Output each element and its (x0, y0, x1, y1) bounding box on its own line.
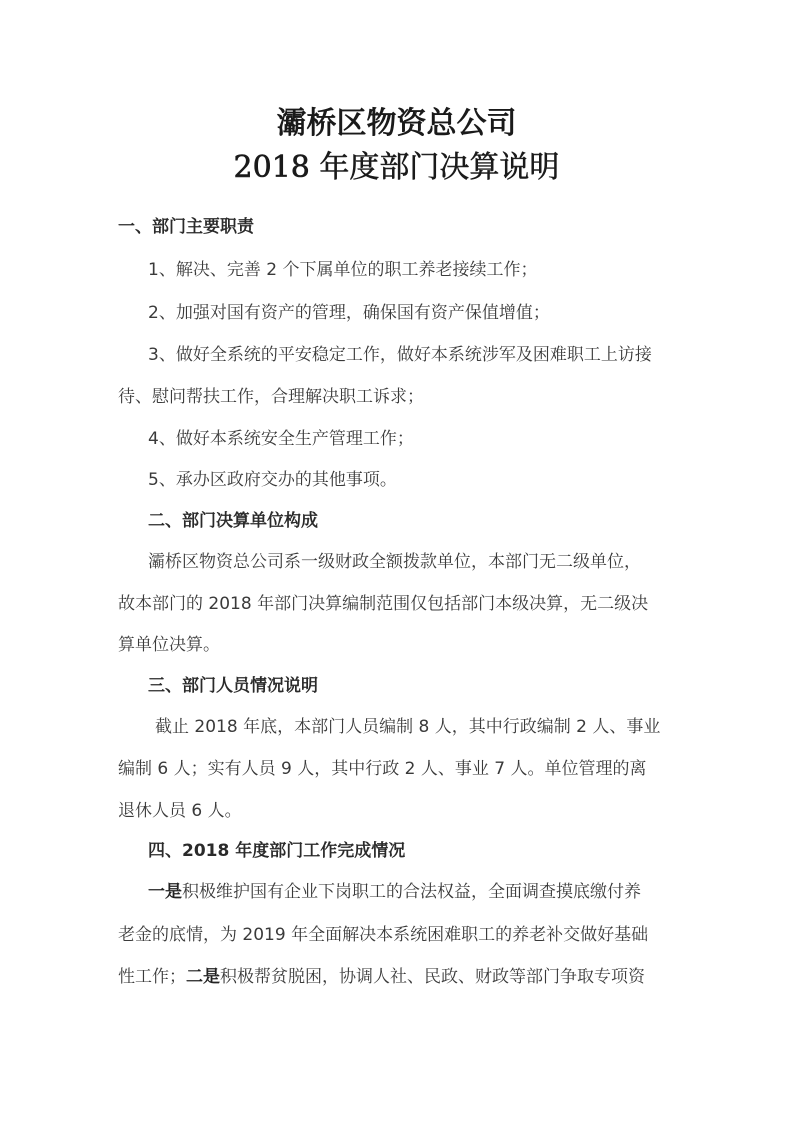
list-item: 4、做好本系统安全生产管理工作； (148, 424, 414, 449)
bold-lead: 一是 (148, 882, 182, 902)
list-item: 3、做好全系统的平安稳定工作，做好本系统涉军及困难职工上访接 (148, 340, 652, 365)
list-item: 2、加强对国有资产的管理，确保国有资产保值增值； (148, 298, 550, 323)
list-item: 5、承办区政府交办的其他事项。 (148, 465, 397, 490)
paragraph-line: 老金的底情，为 2019 年全面解决本系统困难职工的养老补交做好基础 (118, 920, 648, 945)
paragraph-line: 性工作；二是积极帮贫脱困，协调人社、民政、财政等部门争取专项资 (118, 962, 645, 987)
section3-heading: 三、部门人员情况说明 (148, 671, 318, 696)
paragraph-line: 故本部门的 2018 年部门决算编制范围仅包括部门本级决算，无二级决 (118, 589, 648, 614)
paragraph-line: 退休人员 6 人。 (118, 796, 242, 821)
section1-heading: 一、部门主要职责 (118, 212, 254, 237)
document-title-line1: 灞桥区物资总公司 (0, 98, 793, 142)
document-title-line2: 2018 年度部门决算说明 (0, 142, 793, 186)
text: 性工作； (118, 967, 186, 987)
text: 积极维护国有企业下岗职工的合法权益，全面调查摸底缴付养 (182, 882, 641, 902)
list-item: 1、解决、完善 2 个下属单位的职工养老接续工作； (148, 255, 537, 280)
paragraph-line: 截止 2018 年底，本部门人员编制 8 人，其中行政编制 2 人、事业 (155, 712, 660, 737)
paragraph-line: 一是积极维护国有企业下岗职工的合法权益，全面调查摸底缴付养 (148, 877, 641, 902)
paragraph-line: 灞桥区物资总公司系一级财政全额拨款单位，本部门无二级单位， (148, 547, 641, 572)
text: 积极帮贫脱困，协调人社、民政、财政等部门争取专项资 (220, 967, 645, 987)
section4-heading: 四、2018 年度部门工作完成情况 (148, 836, 405, 861)
paragraph-line: 编制 6 人；实有人员 9 人，其中行政 2 人、事业 7 人。单位管理的离 (118, 754, 647, 779)
list-item-cont: 待、慰问帮扶工作，合理解决职工诉求； (118, 382, 424, 407)
section2-heading: 二、部门决算单位构成 (148, 506, 318, 531)
bold-lead: 二是 (186, 967, 220, 987)
paragraph-line: 算单位决算。 (118, 630, 220, 655)
